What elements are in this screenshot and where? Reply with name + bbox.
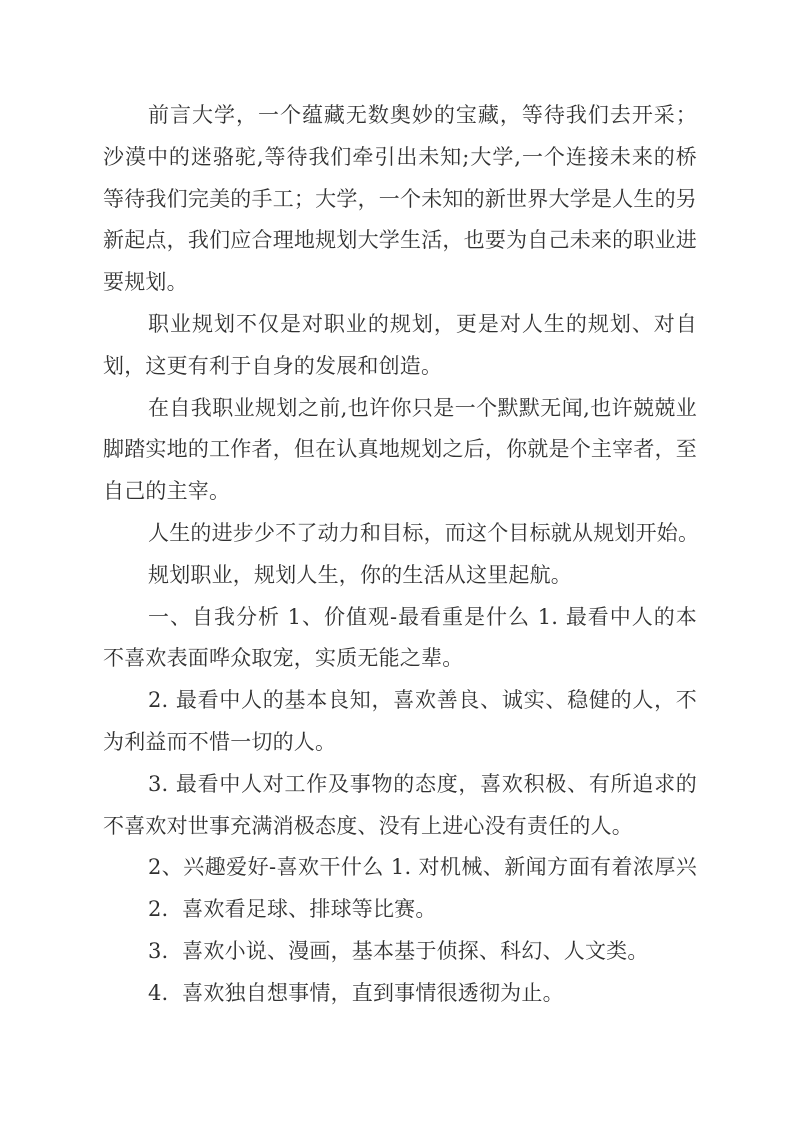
text-line: 职业规划不仅是对职业的规划，更是对人生的规划、对自我的规 — [103, 304, 697, 346]
text-line: 为利益而不惜一切的人。 — [103, 722, 697, 764]
text-line: 划，这更有利于自身的发展和创造。 — [103, 346, 697, 388]
text-line: 2. 喜欢看足球、排球等比赛。 — [103, 889, 697, 931]
text-line: 4. 喜欢独自想事情，直到事情很透彻为止。 — [103, 973, 697, 1015]
text-line: 3. 最看中人对工作及事物的态度，喜欢积极、有所追求的人， — [103, 764, 697, 806]
text-line: 要规划。 — [103, 262, 697, 304]
text-line: 前言大学，一个蕴藏无数奥妙的宝藏，等待我们去开采；大学， — [103, 95, 697, 137]
document-text: 前言大学，一个蕴藏无数奥妙的宝藏，等待我们去开采；大学，沙漠中的迷骆驼,等待我们… — [103, 95, 697, 1015]
text-line: 新起点，我们应合理地规划大学生活，也要为自己未来的职业进行必 — [103, 220, 697, 262]
text-line: 3. 喜欢小说、漫画，基本基于侦探、科幻、人文类。 — [103, 931, 697, 973]
text-line: 在自我职业规划之前,也许你只是一个默默无闻,也许兢兢业业、 — [103, 388, 697, 430]
text-line: 不喜欢表面哗众取宠，实质无能之辈。 — [103, 638, 697, 680]
text-line: 一、自我分析 1、价值观-最看重是什么 1. 最看中人的本身才能， — [103, 597, 697, 639]
text-line: 脚踏实地的工作者，但在认真地规划之后，你就是个主宰者，至少是 — [103, 429, 697, 471]
text-line: 人生的进步少不了动力和目标，而这个目标就从规划开始。 — [103, 513, 697, 555]
text-line: 等待我们完美的手工；大学，一个未知的新世界大学是人生的另一个 — [103, 179, 697, 221]
document-page: 前言大学，一个蕴藏无数奥妙的宝藏，等待我们去开采；大学，沙漠中的迷骆驼,等待我们… — [0, 0, 793, 1122]
text-line: 自己的主宰。 — [103, 471, 697, 513]
text-line: 2、兴趣爱好-喜欢干什么 1. 对机械、新闻方面有着浓厚兴趣。 — [103, 847, 697, 889]
text-line: 不喜欢对世事充满消极态度、没有上进心没有责任的人。 — [103, 806, 697, 848]
text-line: 规划职业，规划人生，你的生活从这里起航。 — [103, 555, 697, 597]
text-line: 沙漠中的迷骆驼,等待我们牵引出未知;大学,一个连接未来的桥梁， — [103, 137, 697, 179]
text-line: 2. 最看中人的基本良知，喜欢善良、诚实、稳健的人，不喜欢 — [103, 680, 697, 722]
